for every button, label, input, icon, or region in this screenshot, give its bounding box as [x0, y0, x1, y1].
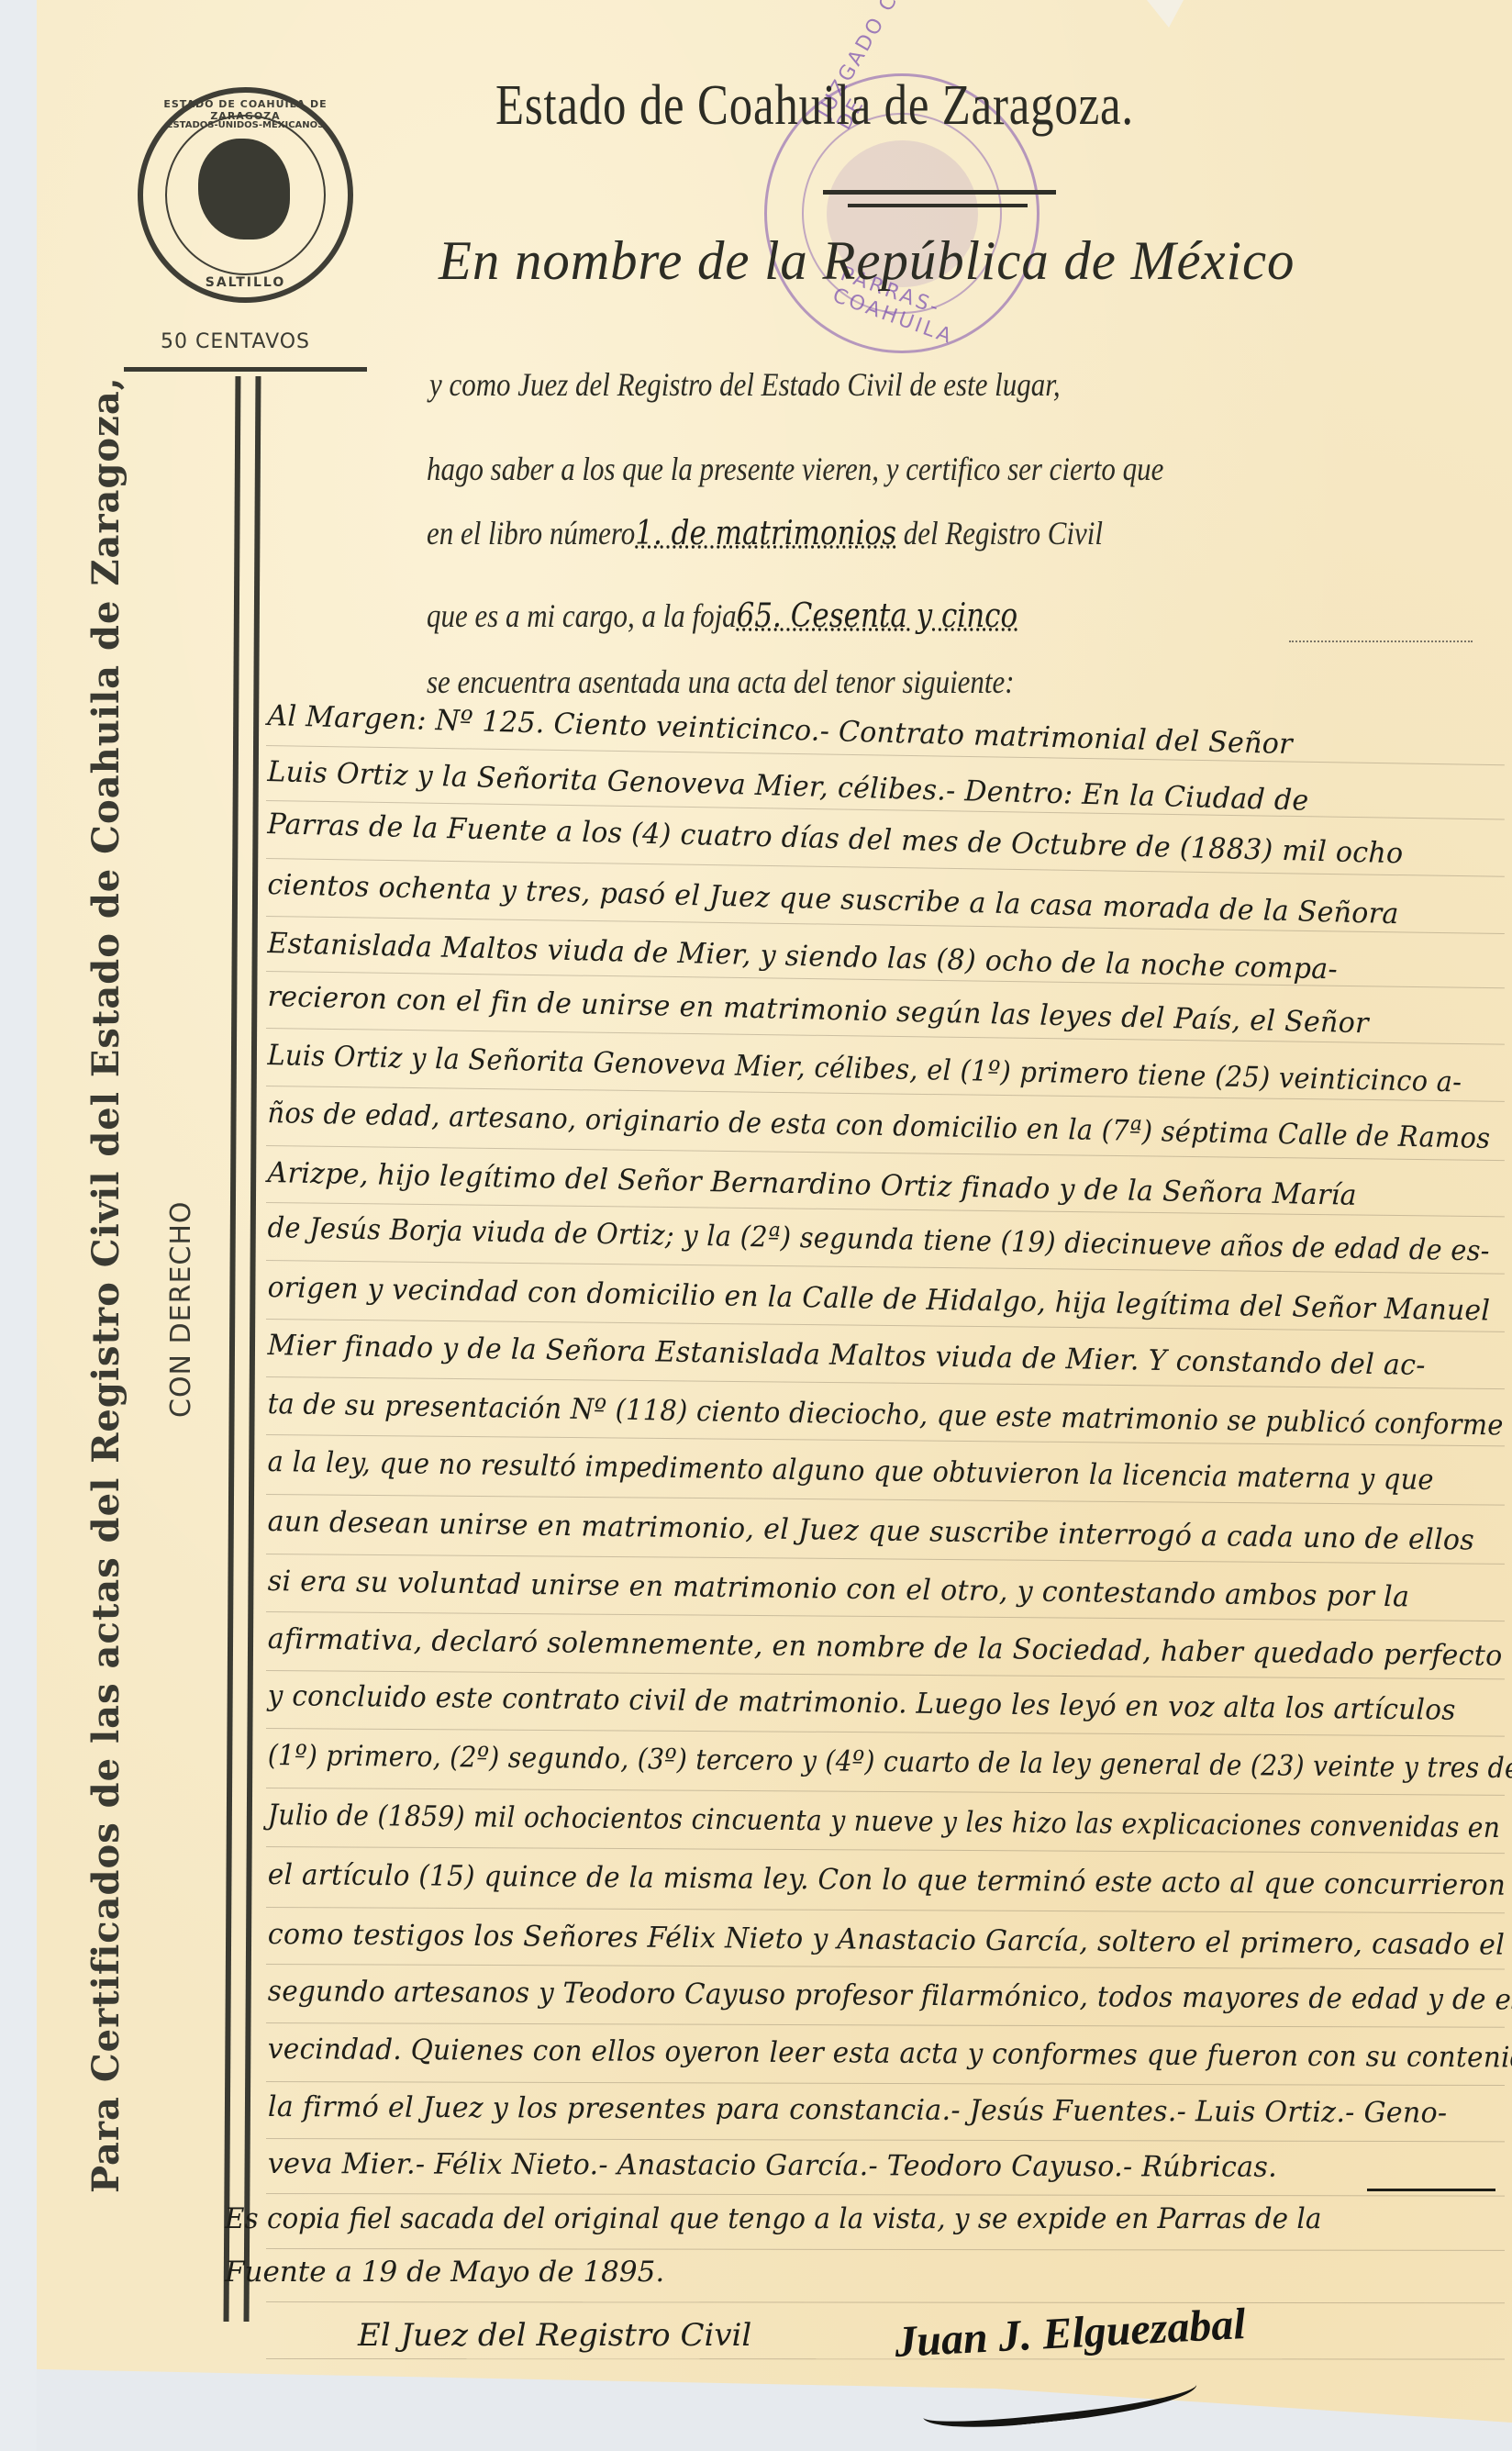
margin-vertical-title: Para Certificados de las actas del Regis… — [84, 450, 128, 2193]
seal-inner-text: ESTADOS-UNIDOS-MEXICANOS — [143, 120, 348, 130]
rubricas-dash — [1367, 2189, 1495, 2191]
seal-city: SALTILLO — [143, 275, 348, 290]
form-line-certify: hago saber a los que la presente vieren,… — [427, 450, 1163, 488]
folio-dotted-line — [1289, 641, 1473, 642]
title-underline-2 — [848, 204, 1028, 207]
acta-line: la firmó el Juez y los presentes para co… — [268, 2090, 1448, 2130]
judge-role-label: El Juez del Registro Civil — [358, 2317, 751, 2354]
form-line-judge: y como Juez del Registro del Estado Civi… — [429, 365, 1061, 404]
seal-ring-text: ESTADO DE COAHUILA DE ZARAGOZA — [143, 98, 348, 122]
eagle-icon — [198, 139, 290, 240]
closing-date: Fuente a 19 de Mayo de 1895. — [225, 2256, 664, 2289]
scan-background — [0, 0, 37, 2451]
acta-line: veva Mier.- Félix Nieto.- Anastacio Garc… — [268, 2147, 1277, 2184]
form-line-acta: se encuentra asentada una acta del tenor… — [427, 663, 1015, 701]
folio-label: que es a mi cargo, a la foja — [427, 597, 737, 634]
book-suffix: del Registro Civil — [904, 515, 1103, 551]
price-divider — [124, 367, 367, 372]
book-number-field: 1. de matrimonios — [635, 515, 896, 552]
form-line-book: en el libro número1. de matrimonios del … — [427, 514, 1103, 552]
title-underline — [823, 190, 1056, 195]
page-title: Estado de Coahuila de Zaragoza. — [495, 73, 1134, 139]
state-seal-icon: ESTADO DE COAHUILA DE ZARAGOZA ESTADOS-U… — [138, 87, 353, 303]
page-subtitle: En nombre de la República de México — [439, 229, 1295, 293]
folio-number-field: 65. Cesenta y cinco — [737, 597, 1017, 635]
margin-vertical-subtitle: CON DERECHO — [165, 1200, 197, 1418]
closing-copy-statement: Es copia fiel sacada del original que te… — [225, 2202, 1321, 2235]
price-label: 50 CENTAVOS — [161, 330, 310, 353]
book-label: en el libro número — [427, 515, 635, 551]
form-line-folio: que es a mi cargo, a la foja65. Cesenta … — [427, 596, 1017, 635]
